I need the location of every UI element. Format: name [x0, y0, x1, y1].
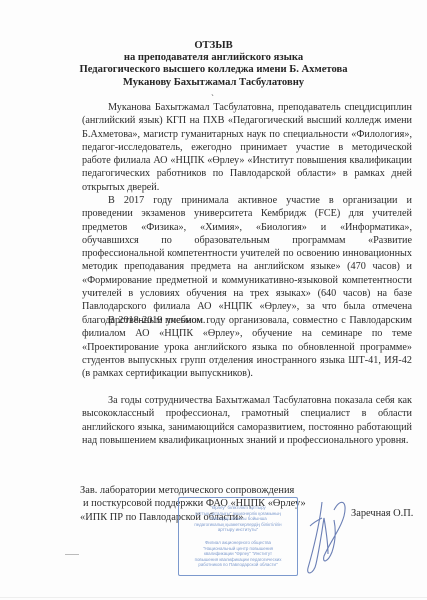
document-page: ОТЗЫВ на преподавателя английского языка…	[0, 0, 427, 600]
handwritten-signature-icon	[300, 490, 360, 580]
paragraph-conclusion: За годы сотрудничества Бахытжамал Тасбул…	[82, 394, 412, 447]
document-heading: ОТЗЫВ на преподавателя английского языка…	[0, 40, 427, 89]
scan-smudge	[65, 554, 79, 555]
paragraph-intro: Муканова Бахытжамал Тасбулатовна, препод…	[82, 101, 412, 194]
paragraph-2018-2019: В 2018-2019 учебном году организовала, с…	[82, 314, 412, 380]
document-title: ОТЗЫВ	[0, 40, 427, 52]
official-stamp: "Өрлеу" біліктілікті арттыру ұлттық орта…	[178, 497, 298, 576]
heading-institution: Педагогического высшего колледжа имени Б…	[0, 64, 427, 76]
signer-position-line1: Зав. лаборатории методического сопровожд…	[80, 484, 306, 497]
heading-subject: на преподавателя английского языка	[0, 52, 427, 64]
page-bottom-edge	[0, 597, 427, 598]
paragraph-2017: В 2017 году принимала активное участие в…	[82, 194, 412, 327]
heading-person: Муканову Бахытжамал Тасбулатовну	[0, 77, 427, 89]
signer-name: Заречная О.П.	[351, 508, 413, 519]
